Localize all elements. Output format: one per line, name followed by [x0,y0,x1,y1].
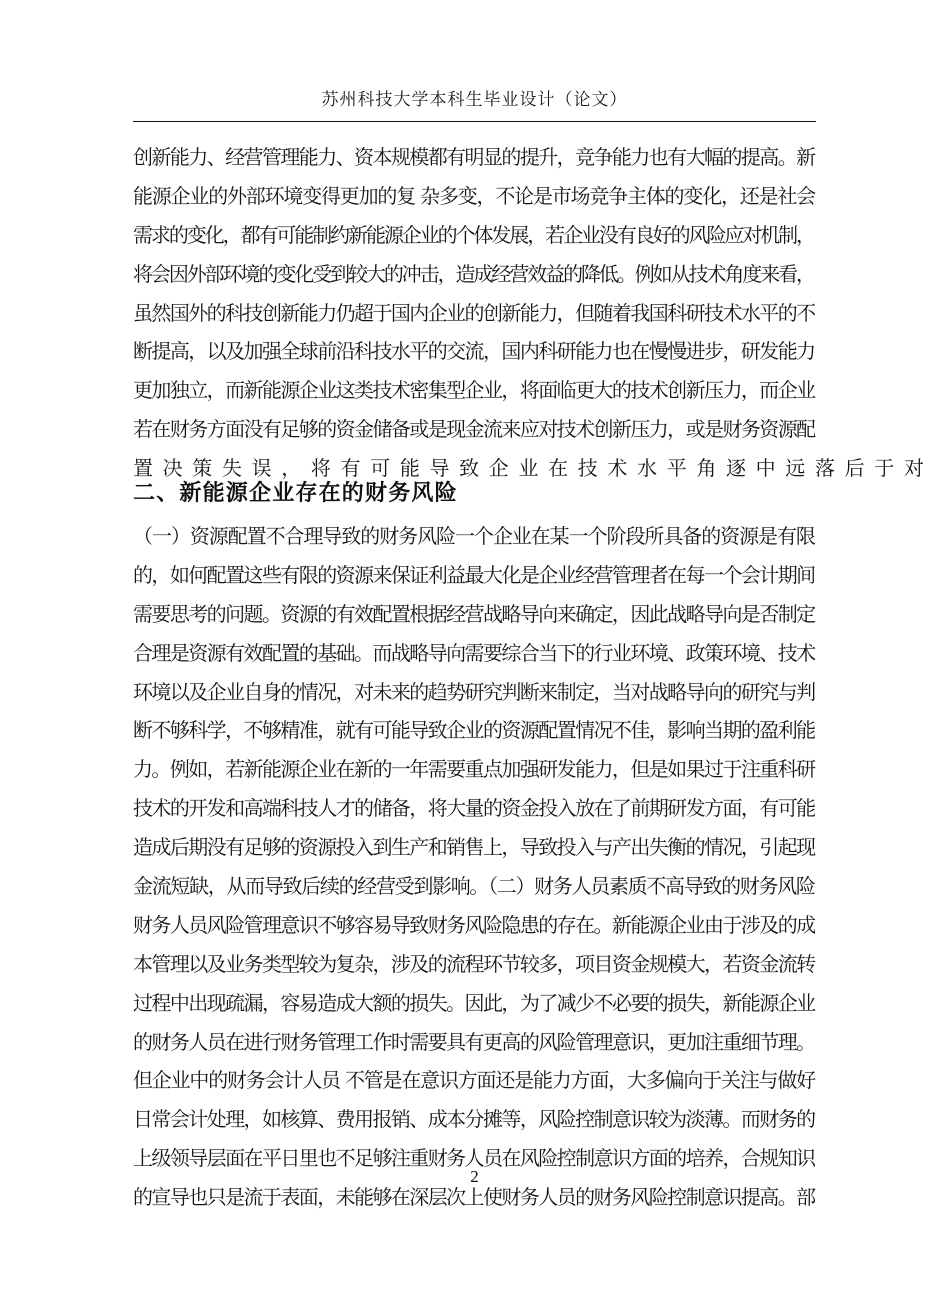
text-line: 创新能力、经营管理能力、资本规模都有明显的提升，竞争能力也有大幅的提高。新 [133,138,816,177]
header-divider [133,121,816,122]
text-line: 金流短缺，从而导致后续的经营受到影响。（二）财务人员素质不高导致的财务风险 [133,867,816,906]
section-heading: 二、新能源企业存在的财务风险 [133,476,458,512]
text-line: 财务人员风险管理意识不够容易导致财务风险隐患的存在。新能源企业由于涉及的成 [133,906,816,945]
running-header: 苏州科技大学本科生毕业设计（论文） [133,88,816,112]
text-line: 合理是资源有效配置的基础。而战略导向需要综合当下的行业环境、政策环境、技术 [133,634,816,673]
text-line: 环境以及企业自身的情况，对未来的趋势研究判断来制定，当对战略导向的研究与判 [133,673,816,712]
text-line: 的财务人员在进行财务管理工作时需要具有更高的风险管理意识，更加注重细节理。 [133,1023,816,1062]
text-line: 能源企业的外部环境变得更加的复 杂多变，不论是市场竞争主体的变化，还是社会 [133,177,816,216]
text-line: 本管理以及业务类型较为复杂，涉及的流程环节较多，项目资金规模大，若资金流转 [133,945,816,984]
page-number: 2 [133,1166,816,1188]
paragraph-2: （一）资源配置不合理导致的财务风险一个企业在某一个阶段所具备的资源是有限 的，如… [133,517,816,1217]
text-line: 的，如何配置这些有限的资源来保证利益最大化是企业经营管理者在每一个会计期间 [133,556,816,595]
text-line: 将会因外部环境的变化受到较大的冲击，造成经营效益的降低。例如从技术角度来看， [133,255,816,294]
paragraph-1: 创新能力、经营管理能力、资本规模都有明显的提升，竞争能力也有大幅的提高。新 能源… [133,138,816,488]
text-line: 技术的开发和高端科技人才的储备，将大量的资金投入放在了前期研发方面，有可能 [133,789,816,828]
text-line: 虽然国外的科技创新能力仍超于国内企业的创新能力，但随着我国科研技术水平的不 [133,294,816,333]
text-line: （一）资源配置不合理导致的财务风险一个企业在某一个阶段所具备的资源是有限 [133,517,816,556]
text-line: 日常会计处理，如核算、费用报销、成本分摊等，风险控制意识较为淡薄。而财务的 [133,1100,816,1139]
text-line: 更加独立，而新能源企业这类技术密集型企业，将面临更大的技术创新压力，而企业 [133,371,816,410]
text-line: 但企业中的财务会计人员 不管是在意识方面还是能力方面，大多偏向于关注与做好 [133,1061,816,1100]
text-line: 若在财务方面没有足够的资金储备或是现金流来应对技术创新压力，或是财务资源配 [133,410,816,449]
document-page: 苏州科技大学本科生毕业设计（论文） 创新能力、经营管理能力、资本规模都有明显的提… [0,0,926,1309]
text-line: 断提高，以及加强全球前沿科技水平的交流，国内科研能力也在慢慢进步，研发能力 [133,332,816,371]
text-line: 断不够科学，不够精准，就有可能导致企业的资源配置情况不佳，影响当期的盈利能 [133,711,816,750]
text-line: 过程中出现疏漏，容易造成大额的损失。因此，为了减少不必要的损失，新能源企业 [133,984,816,1023]
text-line: 造成后期没有足够的资源投入到生产和销售上，导致投入与产出失衡的情况，引起现 [133,828,816,867]
text-line: 需要思考的问题。资源的有效配置根据经营战略导向来确定，因此战略导向是否制定 [133,595,816,634]
text-line: 需求的变化，都有可能制约新能源企业的个体发展，若企业没有良好的风险应对机制， [133,216,816,255]
text-line: 力。例如，若新能源企业在新的一年需要重点加强研发能力，但是如果过于注重科研 [133,750,816,789]
